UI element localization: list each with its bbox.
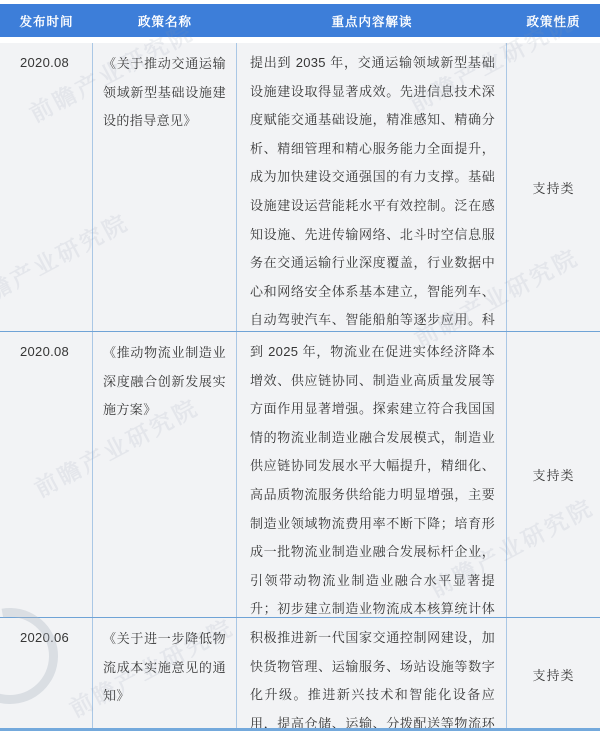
key-content: 提出到 2035 年，交通运输领域新型基础设施建设取得显著成效。先进信息技术深度… bbox=[237, 43, 507, 331]
table-row: 2020.08 《关于推动交通运输领域新型基础设施建设的指导意见》 提出到 20… bbox=[0, 43, 600, 331]
header-key-content: 重点内容解读 bbox=[237, 12, 507, 30]
table-body: 2020.08 《关于推动交通运输领域新型基础设施建设的指导意见》 提出到 20… bbox=[0, 43, 600, 731]
policy-nature: 支持类 bbox=[507, 332, 600, 617]
publish-date: 2020.08 bbox=[0, 332, 93, 617]
policy-nature: 支持类 bbox=[507, 43, 600, 331]
table-header: 发布时间 政策名称 重点内容解读 政策性质 bbox=[0, 4, 600, 37]
bottom-border-line bbox=[0, 728, 600, 731]
policy-name: 《关于推动交通运输领域新型基础设施建设的指导意见》 bbox=[93, 43, 237, 331]
policy-name: 《关于进一步降低物流成本实施意见的通知》 bbox=[93, 618, 237, 731]
key-content: 到 2025 年，物流业在促进实体经济降本增效、供应链协同、制造业高质量发展等方… bbox=[237, 332, 507, 617]
policy-table-page: 发布时间 政策名称 重点内容解读 政策性质 2020.08 《关于推动交通运输领… bbox=[0, 0, 600, 737]
header-publish-date: 发布时间 bbox=[0, 12, 93, 30]
table-row: 2020.06 《关于进一步降低物流成本实施意见的通知》 积极推进新一代国家交通… bbox=[0, 617, 600, 731]
header-policy-name: 政策名称 bbox=[93, 12, 237, 30]
key-content: 积极推进新一代国家交通控制网建设，加快货物管理、运输服务、场站设施等数字化升级。… bbox=[237, 618, 507, 731]
policy-name: 《推动物流业制造业深度融合创新发展实施方案》 bbox=[93, 332, 237, 617]
publish-date: 2020.08 bbox=[0, 43, 93, 331]
header-policy-nature: 政策性质 bbox=[507, 12, 600, 30]
policy-nature: 支持类 bbox=[507, 618, 600, 731]
publish-date: 2020.06 bbox=[0, 618, 93, 731]
table-row: 2020.08 《推动物流业制造业深度融合创新发展实施方案》 到 2025 年，… bbox=[0, 331, 600, 617]
